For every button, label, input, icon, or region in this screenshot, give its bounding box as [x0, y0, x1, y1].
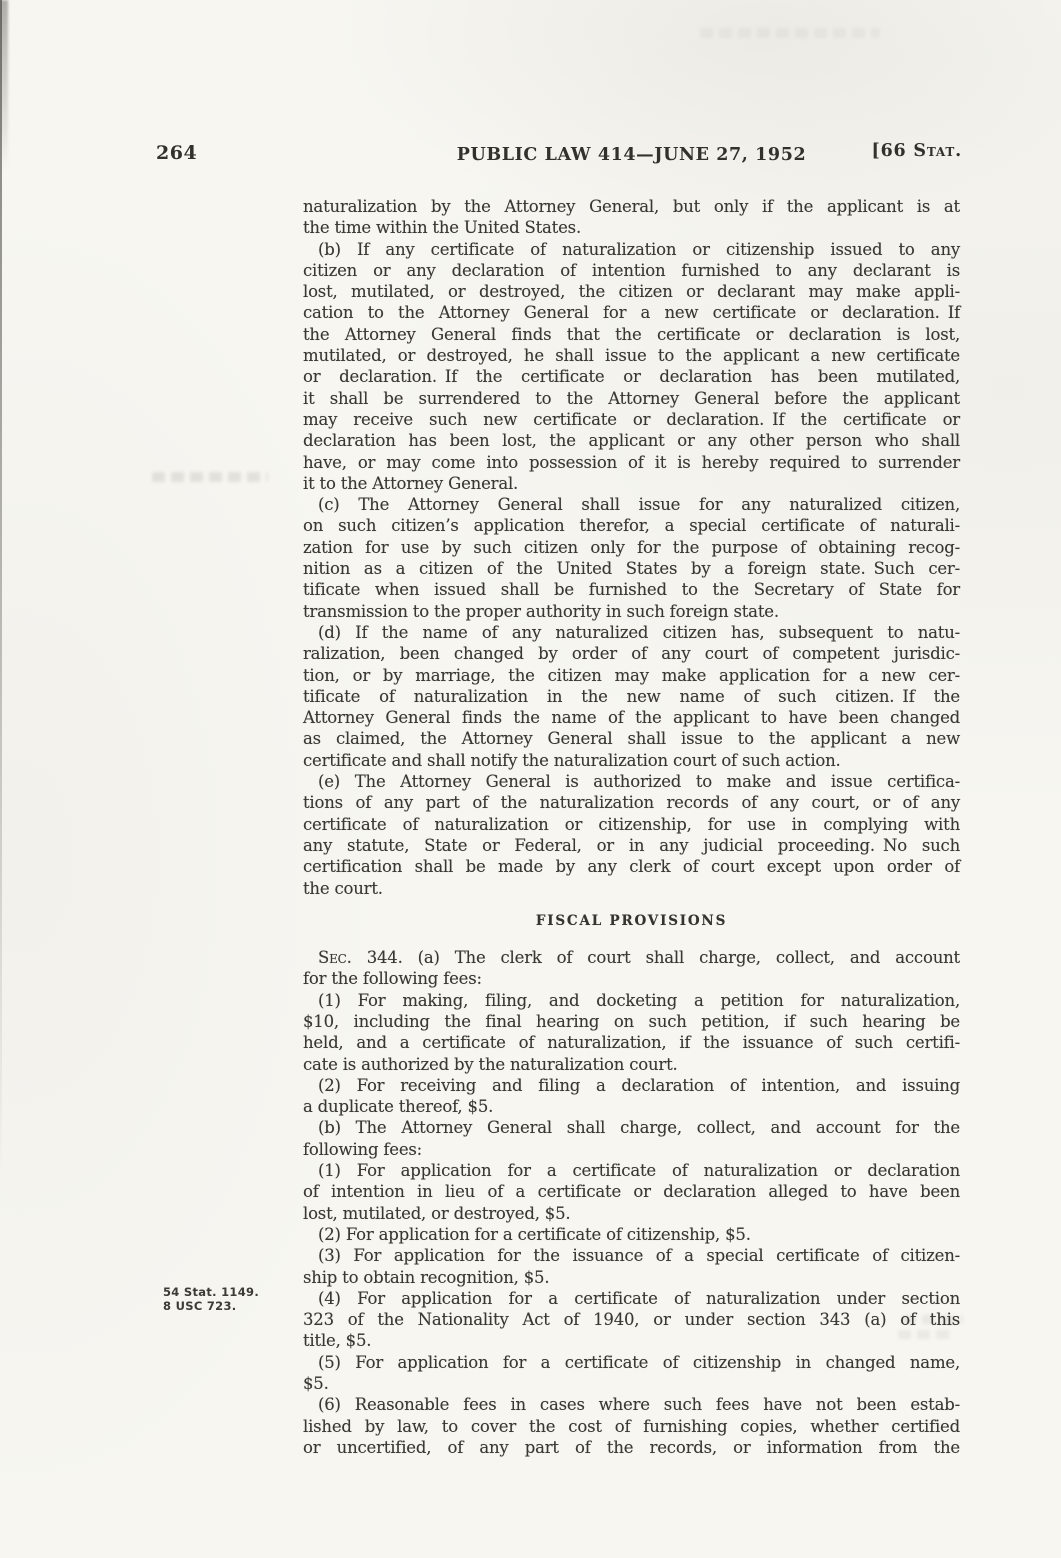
text-line: (2) For receiving and filing a declarati… [303, 1075, 960, 1096]
text-line: or declaration. If the certificate or de… [303, 366, 960, 387]
bleedthrough-smudge [152, 472, 268, 482]
paragraph: (e) The Attorney General is authorized t… [303, 771, 960, 899]
paragraph: Sec. 344. (a) The clerk of court shall c… [303, 947, 960, 990]
text-line: (1) For application for a certificate of… [303, 1160, 960, 1181]
text-line: any statute, State or Federal, or in any… [303, 835, 960, 856]
text-line: the court. [303, 878, 960, 899]
text-line: 323 of the Nationality Act of 1940, or u… [303, 1309, 960, 1330]
paragraph: (3) For application for the issuance of … [303, 1245, 960, 1288]
text-line: certification shall be made by any clerk… [303, 856, 960, 877]
text-line: ship to obtain recognition, $5. [303, 1267, 960, 1288]
text-line: tion, or by marriage, the citizen may ma… [303, 665, 960, 686]
paragraph: (d) If the name of any naturalized citiz… [303, 622, 960, 771]
text-line: title, $5. [303, 1330, 960, 1351]
text-line: (c) The Attorney General shall issue for… [303, 494, 960, 515]
scan-edge-line [0, 0, 2, 1180]
text-line: tificate when issued shall be furnished … [303, 579, 960, 600]
text-line: of intention in lieu of a certificate or… [303, 1181, 960, 1202]
text-line: mutilated, or destroyed, he shall issue … [303, 345, 960, 366]
text-line: (6) Reasonable fees in cases where such … [303, 1394, 960, 1415]
text-line: naturalization by the Attorney General, … [303, 196, 960, 217]
text-line: the Attorney General finds that the cert… [303, 324, 960, 345]
paragraph: (4) For application for a certificate of… [303, 1288, 960, 1352]
paragraph: (1) For application for a certificate of… [303, 1160, 960, 1224]
text-line: Sec. 344. (a) The clerk of court shall c… [303, 947, 960, 968]
fiscal-provisions-text: Sec. 344. (a) The clerk of court shall c… [303, 947, 960, 1458]
text-line: (b) If any certificate of naturalization… [303, 239, 960, 260]
text-line: following fees: [303, 1139, 960, 1160]
text-line: zation for use by such citizen only for … [303, 537, 960, 558]
text-line: it shall be surrendered to the Attorney … [303, 388, 960, 409]
text-line: it to the Attorney General. [303, 473, 960, 494]
text-line: for the following fees: [303, 968, 960, 989]
text-line: the time within the United States. [303, 217, 960, 238]
text-line: on such citizen’s application therefor, … [303, 515, 960, 536]
text-line: ralization, been changed by order of any… [303, 643, 960, 664]
text-line: as claimed, the Attorney General shall i… [303, 728, 960, 749]
text-line: (5) For application for a certificate of… [303, 1352, 960, 1373]
text-line: Attorney General finds the name of the a… [303, 707, 960, 728]
text-line: citizen or any declaration of intention … [303, 260, 960, 281]
text-line: (e) The Attorney General is authorized t… [303, 771, 960, 792]
text-line: (4) For application for a certificate of… [303, 1288, 960, 1309]
scan-corner-smudge [0, 0, 8, 170]
paragraph: (5) For application for a certificate of… [303, 1352, 960, 1395]
text-line: (1) For making, filing, and docketing a … [303, 990, 960, 1011]
paragraph: naturalization by the Attorney General, … [303, 196, 960, 239]
bleedthrough-smudge [700, 28, 880, 38]
text-line: transmission to the proper authority in … [303, 601, 960, 622]
fiscal-provisions-heading: FISCAL PROVISIONS [303, 911, 960, 932]
text-line: may receive such new certificate or decl… [303, 409, 960, 430]
text-line: declaration has been lost, the applicant… [303, 430, 960, 451]
text-line: tificate of naturalization in the new na… [303, 686, 960, 707]
text-line: lost, mutilated, or destroyed, the citiz… [303, 281, 960, 302]
paragraph: (b) If any certificate of naturalization… [303, 239, 960, 495]
text-line: a duplicate thereof, $5. [303, 1096, 960, 1117]
text-line: cation to the Attorney General for a new… [303, 302, 960, 323]
text-line: (2) For application for a certificate of… [303, 1224, 960, 1245]
statute-volume-ref: [66 Stat. [871, 141, 962, 161]
text-line: have, or may come into possession of it … [303, 452, 960, 473]
margin-note-line: 8 USC 723. [163, 1300, 259, 1314]
scanned-statute-page: 264 PUBLIC LAW 414—JUNE 27, 1952 [66 Sta… [0, 0, 1061, 1558]
paragraph: (1) For making, filing, and docketing a … [303, 990, 960, 1075]
paragraph: (b) The Attorney General shall charge, c… [303, 1117, 960, 1160]
text-line: certificate of naturalization or citizen… [303, 814, 960, 835]
text-line: cate is authorized by the naturalization… [303, 1054, 960, 1075]
running-head-title: PUBLIC LAW 414—JUNE 27, 1952 [303, 145, 960, 165]
text-line: certificate and shall notify the natural… [303, 750, 960, 771]
text-line: $10, including the final hearing on such… [303, 1011, 960, 1032]
text-line: lished by law, to cover the cost of furn… [303, 1416, 960, 1437]
margin-citation-note: 54 Stat. 1149. 8 USC 723. [163, 1286, 259, 1313]
text-line: (b) The Attorney General shall charge, c… [303, 1117, 960, 1138]
paragraph: (2) For receiving and filing a declarati… [303, 1075, 960, 1118]
text-line: nition as a citizen of the United States… [303, 558, 960, 579]
statute-text-column: naturalization by the Attorney General, … [303, 196, 960, 1458]
statute-body-text: naturalization by the Attorney General, … [303, 196, 960, 899]
text-line: (d) If the name of any naturalized citiz… [303, 622, 960, 643]
text-line: $5. [303, 1373, 960, 1394]
paragraph: (6) Reasonable fees in cases where such … [303, 1394, 960, 1458]
text-line: (3) For application for the issuance of … [303, 1245, 960, 1266]
text-line: held, and a certificate of naturalizatio… [303, 1032, 960, 1053]
text-line: or uncertified, of any part of the recor… [303, 1437, 960, 1458]
paragraph: (c) The Attorney General shall issue for… [303, 494, 960, 622]
text-line: lost, mutilated, or destroyed, $5. [303, 1203, 960, 1224]
paragraph: (2) For application for a certificate of… [303, 1224, 960, 1245]
margin-note-line: 54 Stat. 1149. [163, 1286, 259, 1300]
text-line: tions of any part of the naturalization … [303, 792, 960, 813]
page-number: 264 [156, 142, 197, 164]
